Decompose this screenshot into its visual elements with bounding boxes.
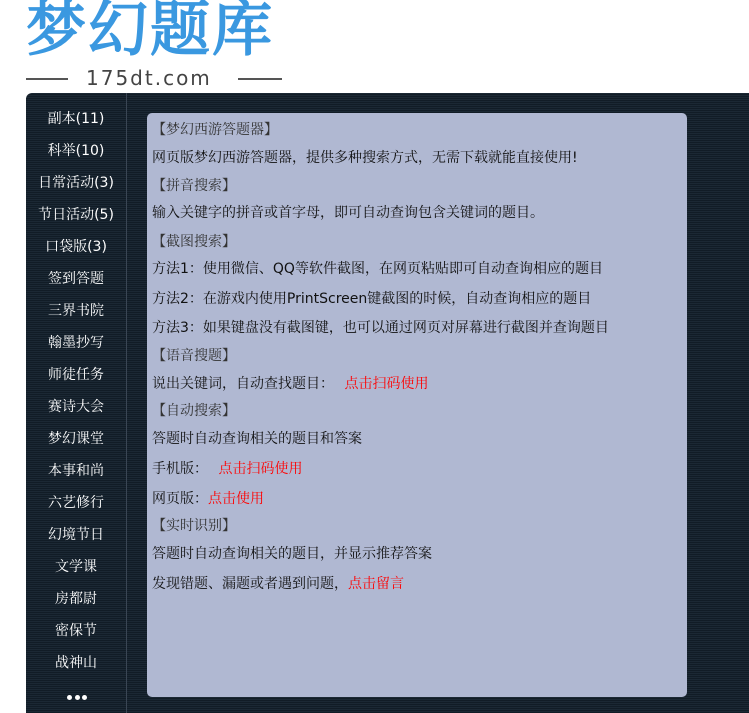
logo-title: 梦幻题库 bbox=[26, 0, 274, 66]
main-panel: 副本(11) 科举(10) 日常活动(3) 节日活动(5) 口袋版(3) 签到答… bbox=[26, 93, 749, 713]
sidebar-item-mibao[interactable]: 密保节 bbox=[26, 619, 126, 643]
screenshot-heading: 【截图搜索】 bbox=[152, 231, 236, 253]
method-1-text: 方法1：使用微信、QQ等软件截图，在网页粘贴即可自动查询相应的题目 bbox=[152, 258, 603, 280]
sidebar-item-academy[interactable]: 三界书院 bbox=[26, 299, 126, 323]
pinyin-heading: 【拼音搜索】 bbox=[152, 175, 236, 197]
auto-heading: 【自动搜索】 bbox=[152, 400, 236, 422]
realtime-heading: 【实时识别】 bbox=[152, 515, 236, 537]
sidebar-item-poetry[interactable]: 赛诗大会 bbox=[26, 395, 126, 419]
feedback-text: 发现错题、漏题或者遇到问题， bbox=[152, 576, 348, 592]
info-card: 【梦幻西游答题器】 网页版梦幻西游答题器，提供多种搜索方式，无需下载就能直接使用… bbox=[147, 113, 687, 697]
sidebar-item-literature[interactable]: 文学课 bbox=[26, 555, 126, 579]
realtime-text: 答题时自动查询相关的题目，并显示推荐答案 bbox=[152, 543, 432, 565]
site-logo[interactable]: 梦幻题库 175dt.com bbox=[26, 0, 284, 92]
sidebar-item-pocket[interactable]: 口袋版(3) bbox=[26, 235, 126, 259]
sidebar-item-fuben[interactable]: 副本(11) bbox=[26, 107, 126, 131]
logo-line-left bbox=[26, 78, 68, 80]
sidebar-divider bbox=[126, 93, 127, 713]
sidebar-item-dreamland[interactable]: 幻境节日 bbox=[26, 523, 126, 547]
logo-line-right bbox=[238, 78, 282, 80]
sidebar-item-keju[interactable]: 科举(10) bbox=[26, 139, 126, 163]
sidebar-item-festival[interactable]: 节日活动(5) bbox=[26, 203, 126, 227]
web-label: 网页版： bbox=[152, 491, 208, 507]
logo-subtitle: 175dt.com bbox=[26, 66, 284, 90]
voice-heading: 【语音搜题】 bbox=[152, 345, 236, 367]
sidebar-nav: 副本(11) 科举(10) 日常活动(3) 节日活动(5) 口袋版(3) 签到答… bbox=[26, 93, 126, 713]
sidebar-item-copying[interactable]: 翰墨抄写 bbox=[26, 331, 126, 355]
mobile-scan-link[interactable]: 点击扫码使用 bbox=[218, 461, 302, 477]
intro-text: 网页版梦幻西游答题器，提供多种搜索方式，无需下载就能直接使用! bbox=[152, 147, 578, 169]
mobile-label: 手机版： bbox=[152, 461, 208, 477]
voice-text: 说出关键词，自动查找题目： bbox=[152, 376, 334, 392]
more-dots-icon[interactable] bbox=[67, 693, 87, 701]
web-use-link[interactable]: 点击使用 bbox=[208, 491, 264, 507]
auto-text: 答题时自动查询相关的题目和答案 bbox=[152, 428, 362, 450]
sidebar-item-classroom[interactable]: 梦幻课堂 bbox=[26, 427, 126, 451]
sidebar-item-mentor[interactable]: 师徒任务 bbox=[26, 363, 126, 387]
sidebar-item-fangduwei[interactable]: 房都尉 bbox=[26, 587, 126, 611]
sidebar-item-checkin[interactable]: 签到答题 bbox=[26, 267, 126, 291]
sidebar-item-zhanshen[interactable]: 战神山 bbox=[26, 651, 126, 675]
voice-row: 说出关键词，自动查找题目： 点击扫码使用 bbox=[152, 373, 428, 395]
feedback-row: 发现错题、漏题或者遇到问题，点击留言 bbox=[152, 573, 404, 595]
method-2-text: 方法2：在游戏内使用PrintScreen键截图的时候，自动查询相应的题目 bbox=[152, 288, 591, 310]
sidebar-item-daily[interactable]: 日常活动(3) bbox=[26, 171, 126, 195]
pinyin-text: 输入关键字的拼音或首字母，即可自动查询包含关键词的题目。 bbox=[152, 202, 544, 224]
sidebar-item-liuyi[interactable]: 六艺修行 bbox=[26, 491, 126, 515]
web-row: 网页版：点击使用 bbox=[152, 488, 264, 510]
sidebar-item-monk[interactable]: 本事和尚 bbox=[26, 459, 126, 483]
feedback-link[interactable]: 点击留言 bbox=[348, 576, 404, 592]
method-3-text: 方法3：如果键盘没有截图键，也可以通过网页对屏幕进行截图并查询题目 bbox=[152, 317, 609, 339]
voice-scan-link[interactable]: 点击扫码使用 bbox=[344, 376, 428, 392]
mobile-row: 手机版： 点击扫码使用 bbox=[152, 458, 302, 480]
logo-domain: 175dt.com bbox=[86, 66, 212, 90]
intro-heading: 【梦幻西游答题器】 bbox=[152, 119, 278, 141]
